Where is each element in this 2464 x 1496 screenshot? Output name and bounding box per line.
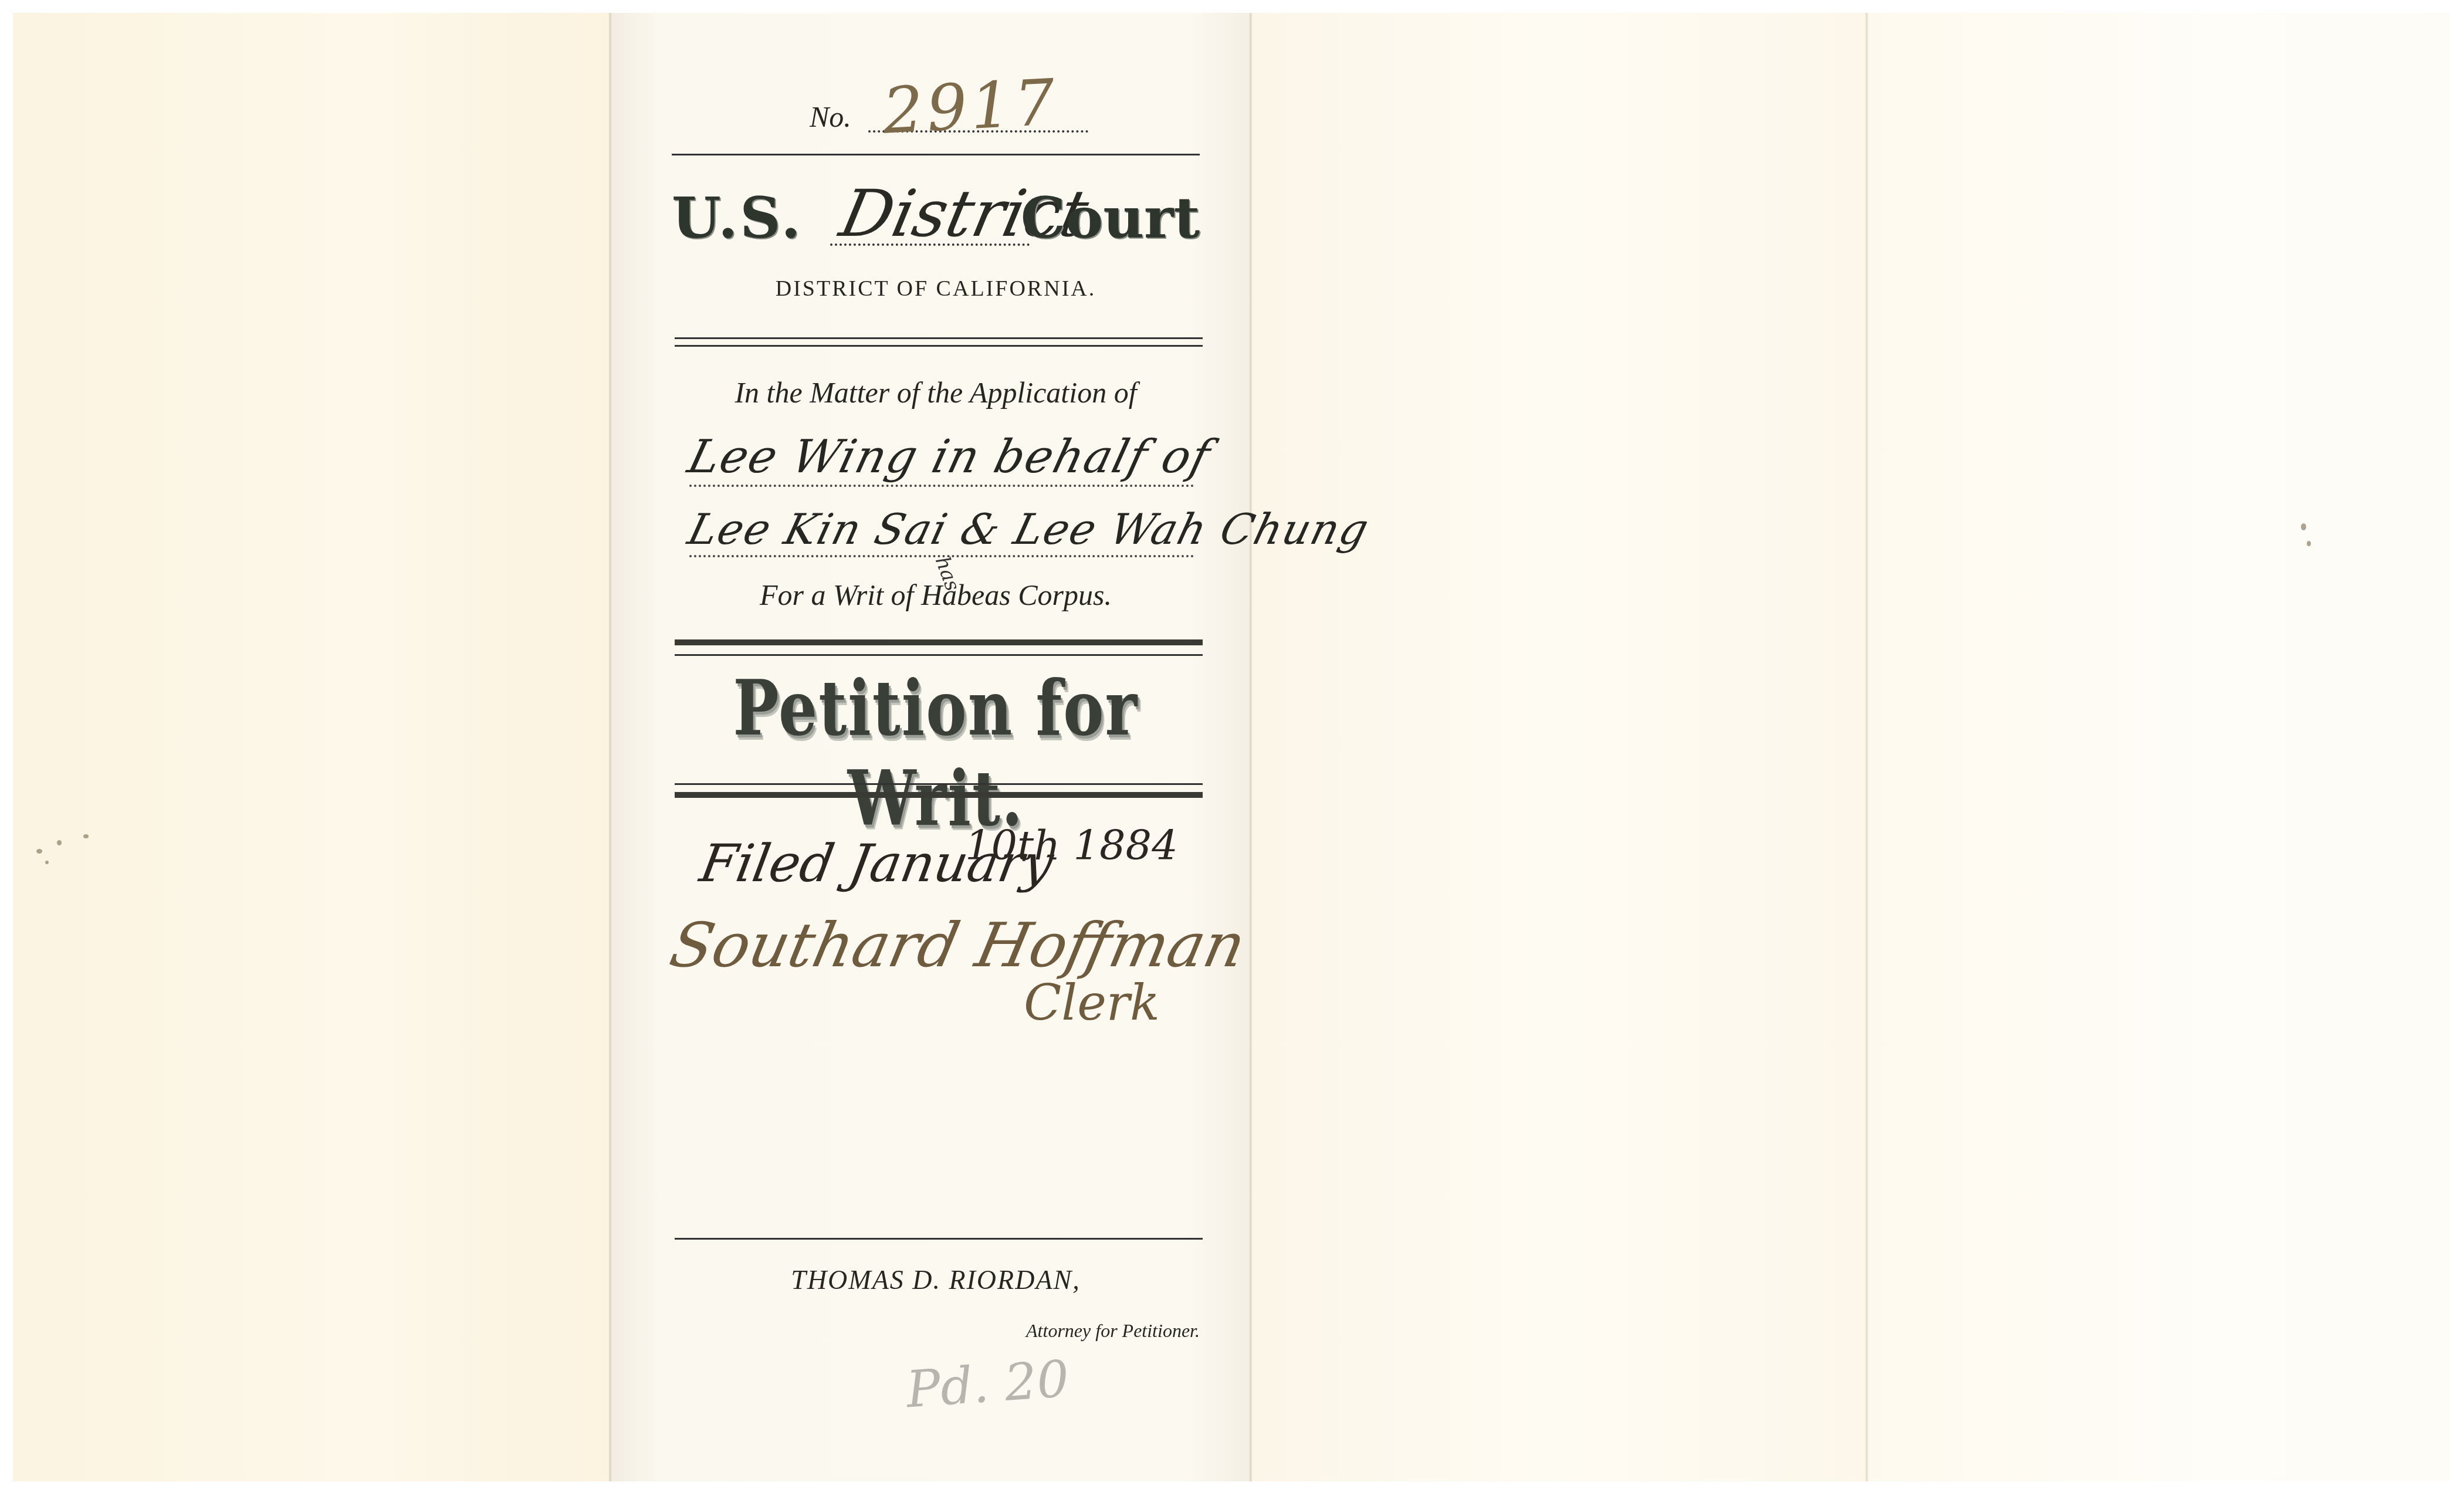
divider-rule [675, 345, 1203, 347]
inner-fold-panel [1251, 13, 1867, 1481]
filed-date: 10th 1884 [965, 821, 1178, 869]
divider-rule [675, 783, 1203, 785]
document-sheet [13, 13, 2450, 1481]
matter-heading: In the Matter of the Application of [672, 375, 1200, 409]
divider-rule-thick [675, 792, 1203, 798]
court-heading: U.S. District Court [672, 176, 1200, 264]
attorney-role: Attorney for Petitioner. [672, 1320, 1200, 1342]
applicant-handwriting: Lee Wing in behalf of [683, 431, 1216, 483]
applicant-line-2: Lee Kin Sai & Lee Wah Chung has [672, 493, 1200, 575]
attorney-name: THOMAS D. RIORDAN, [672, 1264, 1200, 1295]
stain-speck [45, 861, 49, 864]
court-suffix: Court [1021, 185, 1200, 251]
applicant-handwriting: Lee Kin Sai & Lee Wah Chung [683, 505, 1375, 554]
clerk-title: Clerk [1024, 974, 1160, 1031]
filing-endorsement: Filed January 10th 1884 Southard Hoffman… [672, 821, 1200, 1044]
court-prefix: U.S. [672, 185, 803, 251]
case-number-label: No. [810, 100, 851, 134]
left-fold-panel [13, 13, 610, 1481]
stain-speck [57, 840, 62, 845]
case-number-value: 2917 [881, 66, 1060, 148]
dotted-fill-line [689, 485, 1194, 487]
stain-speck [83, 834, 89, 838]
clerk-signature: Southard Hoffman [664, 909, 1251, 981]
fold-crease [608, 13, 612, 1481]
divider-rule [672, 154, 1200, 155]
document-title: Petition for Writ. [672, 662, 1200, 843]
stain-speck [36, 849, 42, 854]
case-number-line: No. 2917 [672, 88, 1200, 153]
divider-rule [675, 337, 1203, 339]
fold-crease [1865, 13, 1869, 1481]
pencil-note: Pd. 20 [905, 1349, 1071, 1419]
right-fold-panel [1867, 13, 2450, 1481]
divider-rule [675, 1238, 1203, 1240]
writ-line: For a Writ of Habeas Corpus. [672, 578, 1200, 612]
district-label: DISTRICT OF CALIFORNIA. [672, 276, 1200, 302]
stain-speck [2301, 523, 2306, 530]
stain-speck [2307, 541, 2311, 546]
divider-rule-thick [675, 639, 1203, 645]
divider-rule [675, 654, 1203, 656]
applicant-line-1: Lee Wing in behalf of [672, 422, 1200, 499]
fold-crease [1249, 13, 1253, 1481]
